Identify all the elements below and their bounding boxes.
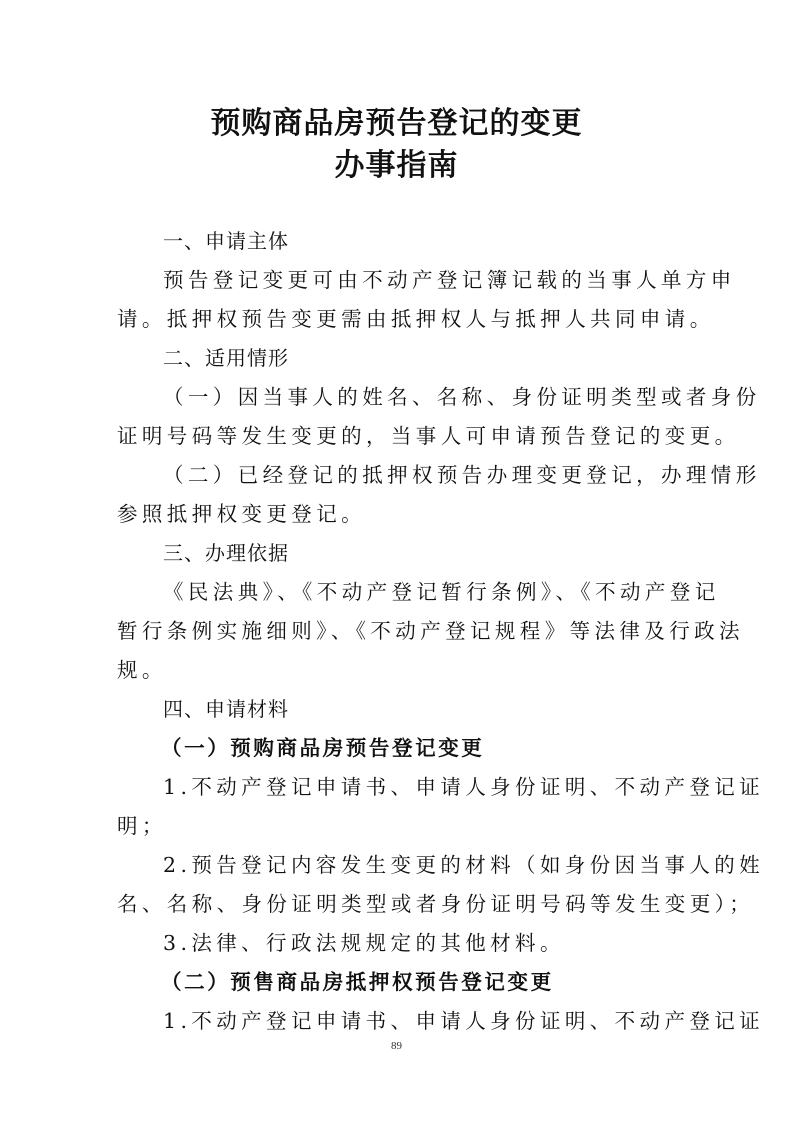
document-body: 一、申请主体 预告登记变更可由不动产登记簿记载的当事人单方申 请。抵押权预告变更… bbox=[117, 222, 677, 1041]
list-item-continuation: 名、名称、身份证明类型或者身份证明号码等发生变更）； bbox=[117, 885, 677, 924]
paragraph-line: 请。抵押权预告变更需由抵押权人与抵押人共同申请。 bbox=[117, 300, 677, 339]
list-item-continuation: 明； bbox=[117, 807, 677, 846]
list-item: 2.预告登记内容发生变更的材料（如身份因当事人的姓 bbox=[117, 846, 677, 885]
subsection-heading-mortgage-change: （二）预售商品房抵押权预告登记变更 bbox=[117, 963, 677, 1002]
list-item: 1.不动产登记申请书、申请人身份证明、不动产登记证 bbox=[117, 768, 677, 807]
document-title-line2: 办事指南 bbox=[0, 140, 793, 184]
paragraph-line: 预告登记变更可由不动产登记簿记载的当事人单方申 bbox=[117, 261, 677, 300]
paragraph-line: 证明号码等发生变更的，当事人可申请预告登记的变更。 bbox=[117, 417, 677, 456]
paragraph-line: （一）因当事人的姓名、名称、身份证明类型或者身份 bbox=[117, 378, 677, 417]
list-item: 3.法律、行政法规规定的其他材料。 bbox=[117, 924, 677, 963]
paragraph-line: 暂行条例实施细则》、《不动产登记规程》等法律及行政法 bbox=[117, 612, 677, 651]
paragraph-line: （二）已经登记的抵押权预告办理变更登记，办理情形 bbox=[117, 456, 677, 495]
section-heading-materials: 四、申请材料 bbox=[117, 690, 677, 729]
document-title-line1: 预购商品房预告登记的变更 bbox=[0, 98, 793, 142]
subsection-heading-presale-change: （一）预购商品房预告登记变更 bbox=[117, 729, 677, 768]
page-number: 89 bbox=[0, 1040, 793, 1052]
section-heading-scenarios: 二、适用情形 bbox=[117, 339, 677, 378]
section-heading-applicant: 一、申请主体 bbox=[117, 222, 677, 261]
paragraph-line: 《民法典》、《不动产登记暂行条例》、《不动产登记 bbox=[117, 573, 677, 612]
paragraph-line: 参照抵押权变更登记。 bbox=[117, 495, 677, 534]
paragraph-line: 规。 bbox=[117, 651, 677, 690]
section-heading-legal-basis: 三、办理依据 bbox=[117, 534, 677, 573]
list-item: 1.不动产登记申请书、申请人身份证明、不动产登记证 bbox=[117, 1002, 677, 1041]
